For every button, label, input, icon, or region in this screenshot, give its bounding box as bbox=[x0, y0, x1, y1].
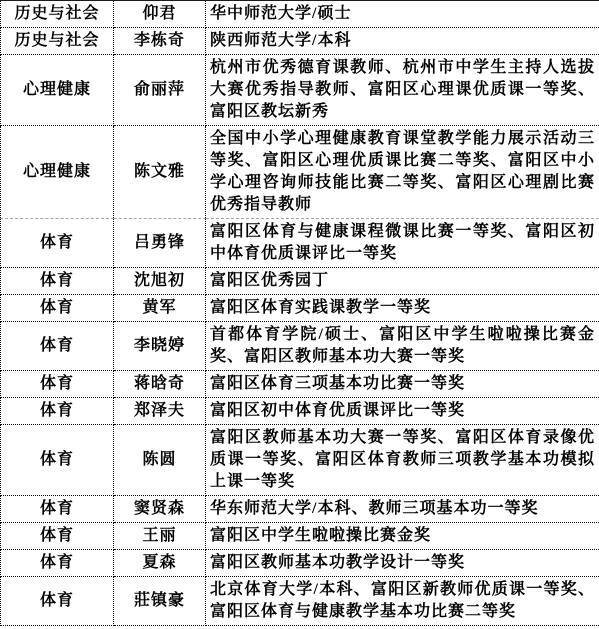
name-cell: 李晓婷 bbox=[114, 322, 206, 371]
achievement-cell: 富阳区教师基本功大赛一等奖、富阳区体育录像优质课一等奖、富阳区体育教师三项教学基… bbox=[206, 425, 599, 496]
achievement-cell: 富阳区体育与健康课程微课比赛一等奖、富阳区初中体育优质课评比一等奖 bbox=[206, 219, 599, 268]
name-cell: 莊镇豪 bbox=[114, 577, 206, 626]
teacher-award-table: 历史与社会 仰君 华中师范大学/硕士 历史与社会 李栋奇 陕西师范大学/本科 心… bbox=[0, 0, 599, 626]
name-cell: 窦贤森 bbox=[114, 496, 206, 523]
achievement-cell: 富阳区教师基本功教学设计一等奖 bbox=[206, 550, 599, 577]
subject-cell: 体育 bbox=[1, 219, 114, 268]
achievement-cell: 富阳区体育实践课教学一等奖 bbox=[206, 295, 599, 322]
name-cell: 王丽 bbox=[114, 523, 206, 550]
name-cell: 蒋晗奇 bbox=[114, 371, 206, 398]
name-cell: 夏森 bbox=[114, 550, 206, 577]
achievement-cell: 富阳区初中体育优质课评比一等奖 bbox=[206, 398, 599, 425]
name-cell: 陈文雅 bbox=[114, 126, 206, 219]
subject-cell: 历史与社会 bbox=[1, 1, 114, 28]
subject-cell: 心理健康 bbox=[1, 126, 114, 219]
document-page: 历史与社会 仰君 华中师范大学/硕士 历史与社会 李栋奇 陕西师范大学/本科 心… bbox=[0, 0, 599, 629]
table-row: 体育 黄军 富阳区体育实践课教学一等奖 bbox=[1, 295, 599, 322]
table-row: 历史与社会 仰君 华中师范大学/硕士 bbox=[1, 1, 599, 28]
subject-cell: 体育 bbox=[1, 268, 114, 295]
table-row: 体育 沈旭初 富阳区优秀园丁 bbox=[1, 268, 599, 295]
achievement-cell: 全国中小学心理健康教育课堂教学能力展示活动三等奖、富阳区心理优质课比赛二等奖、富… bbox=[206, 126, 599, 219]
table-row: 心理健康 陈文雅 全国中小学心理健康教育课堂教学能力展示活动三等奖、富阳区心理优… bbox=[1, 126, 599, 219]
name-cell: 仰君 bbox=[114, 1, 206, 28]
name-cell: 陈圆 bbox=[114, 425, 206, 496]
achievement-cell: 华中师范大学/硕士 bbox=[206, 1, 599, 28]
achievement-cell: 富阳区中学生啦啦操比赛金奖 bbox=[206, 523, 599, 550]
subject-cell: 心理健康 bbox=[1, 55, 114, 126]
achievement-cell: 首都体育学院/硕士、富阳区中学生啦啦操比赛金奖、富阳区教师基本功大赛一等奖 bbox=[206, 322, 599, 371]
subject-cell: 体育 bbox=[1, 398, 114, 425]
achievement-cell: 北京体育大学/本科、富阳区新教师优质课一等奖、富阳区体育与健康教学基本功比赛二等… bbox=[206, 577, 599, 626]
name-cell: 郑泽夫 bbox=[114, 398, 206, 425]
subject-cell: 体育 bbox=[1, 322, 114, 371]
subject-cell: 体育 bbox=[1, 496, 114, 523]
achievement-cell: 富阳区体育三项基本功比赛一等奖 bbox=[206, 371, 599, 398]
table-row: 体育 陈圆 富阳区教师基本功大赛一等奖、富阳区体育录像优质课一等奖、富阳区体育教… bbox=[1, 425, 599, 496]
subject-cell: 历史与社会 bbox=[1, 28, 114, 55]
table-row: 体育 吕勇锋 富阳区体育与健康课程微课比赛一等奖、富阳区初中体育优质课评比一等奖 bbox=[1, 219, 599, 268]
achievement-cell: 陕西师范大学/本科 bbox=[206, 28, 599, 55]
table-row: 体育 蒋晗奇 富阳区体育三项基本功比赛一等奖 bbox=[1, 371, 599, 398]
name-cell: 李栋奇 bbox=[114, 28, 206, 55]
name-cell: 黄军 bbox=[114, 295, 206, 322]
achievement-cell: 华东师范大学/本科、教师三项基本功一等奖 bbox=[206, 496, 599, 523]
table-row: 体育 窦贤森 华东师范大学/本科、教师三项基本功一等奖 bbox=[1, 496, 599, 523]
subject-cell: 体育 bbox=[1, 371, 114, 398]
name-cell: 吕勇锋 bbox=[114, 219, 206, 268]
subject-cell: 体育 bbox=[1, 523, 114, 550]
name-cell: 俞丽萍 bbox=[114, 55, 206, 126]
subject-cell: 体育 bbox=[1, 425, 114, 496]
achievement-cell: 富阳区优秀园丁 bbox=[206, 268, 599, 295]
table-row: 体育 李晓婷 首都体育学院/硕士、富阳区中学生啦啦操比赛金奖、富阳区教师基本功大… bbox=[1, 322, 599, 371]
subject-cell: 体育 bbox=[1, 577, 114, 626]
table-row: 体育 夏森 富阳区教师基本功教学设计一等奖 bbox=[1, 550, 599, 577]
name-cell: 沈旭初 bbox=[114, 268, 206, 295]
subject-cell: 体育 bbox=[1, 550, 114, 577]
table-row: 心理健康 俞丽萍 杭州市优秀德育课教师、杭州市中学生主持人选拔大赛优秀指导教师、… bbox=[1, 55, 599, 126]
table-row: 历史与社会 李栋奇 陕西师范大学/本科 bbox=[1, 28, 599, 55]
subject-cell: 体育 bbox=[1, 295, 114, 322]
table-row: 体育 莊镇豪 北京体育大学/本科、富阳区新教师优质课一等奖、富阳区体育与健康教学… bbox=[1, 577, 599, 626]
table-row: 体育 郑泽夫 富阳区初中体育优质课评比一等奖 bbox=[1, 398, 599, 425]
table-row: 体育 王丽 富阳区中学生啦啦操比赛金奖 bbox=[1, 523, 599, 550]
achievement-cell: 杭州市优秀德育课教师、杭州市中学生主持人选拔大赛优秀指导教师、富阳区心理课优质课… bbox=[206, 55, 599, 126]
